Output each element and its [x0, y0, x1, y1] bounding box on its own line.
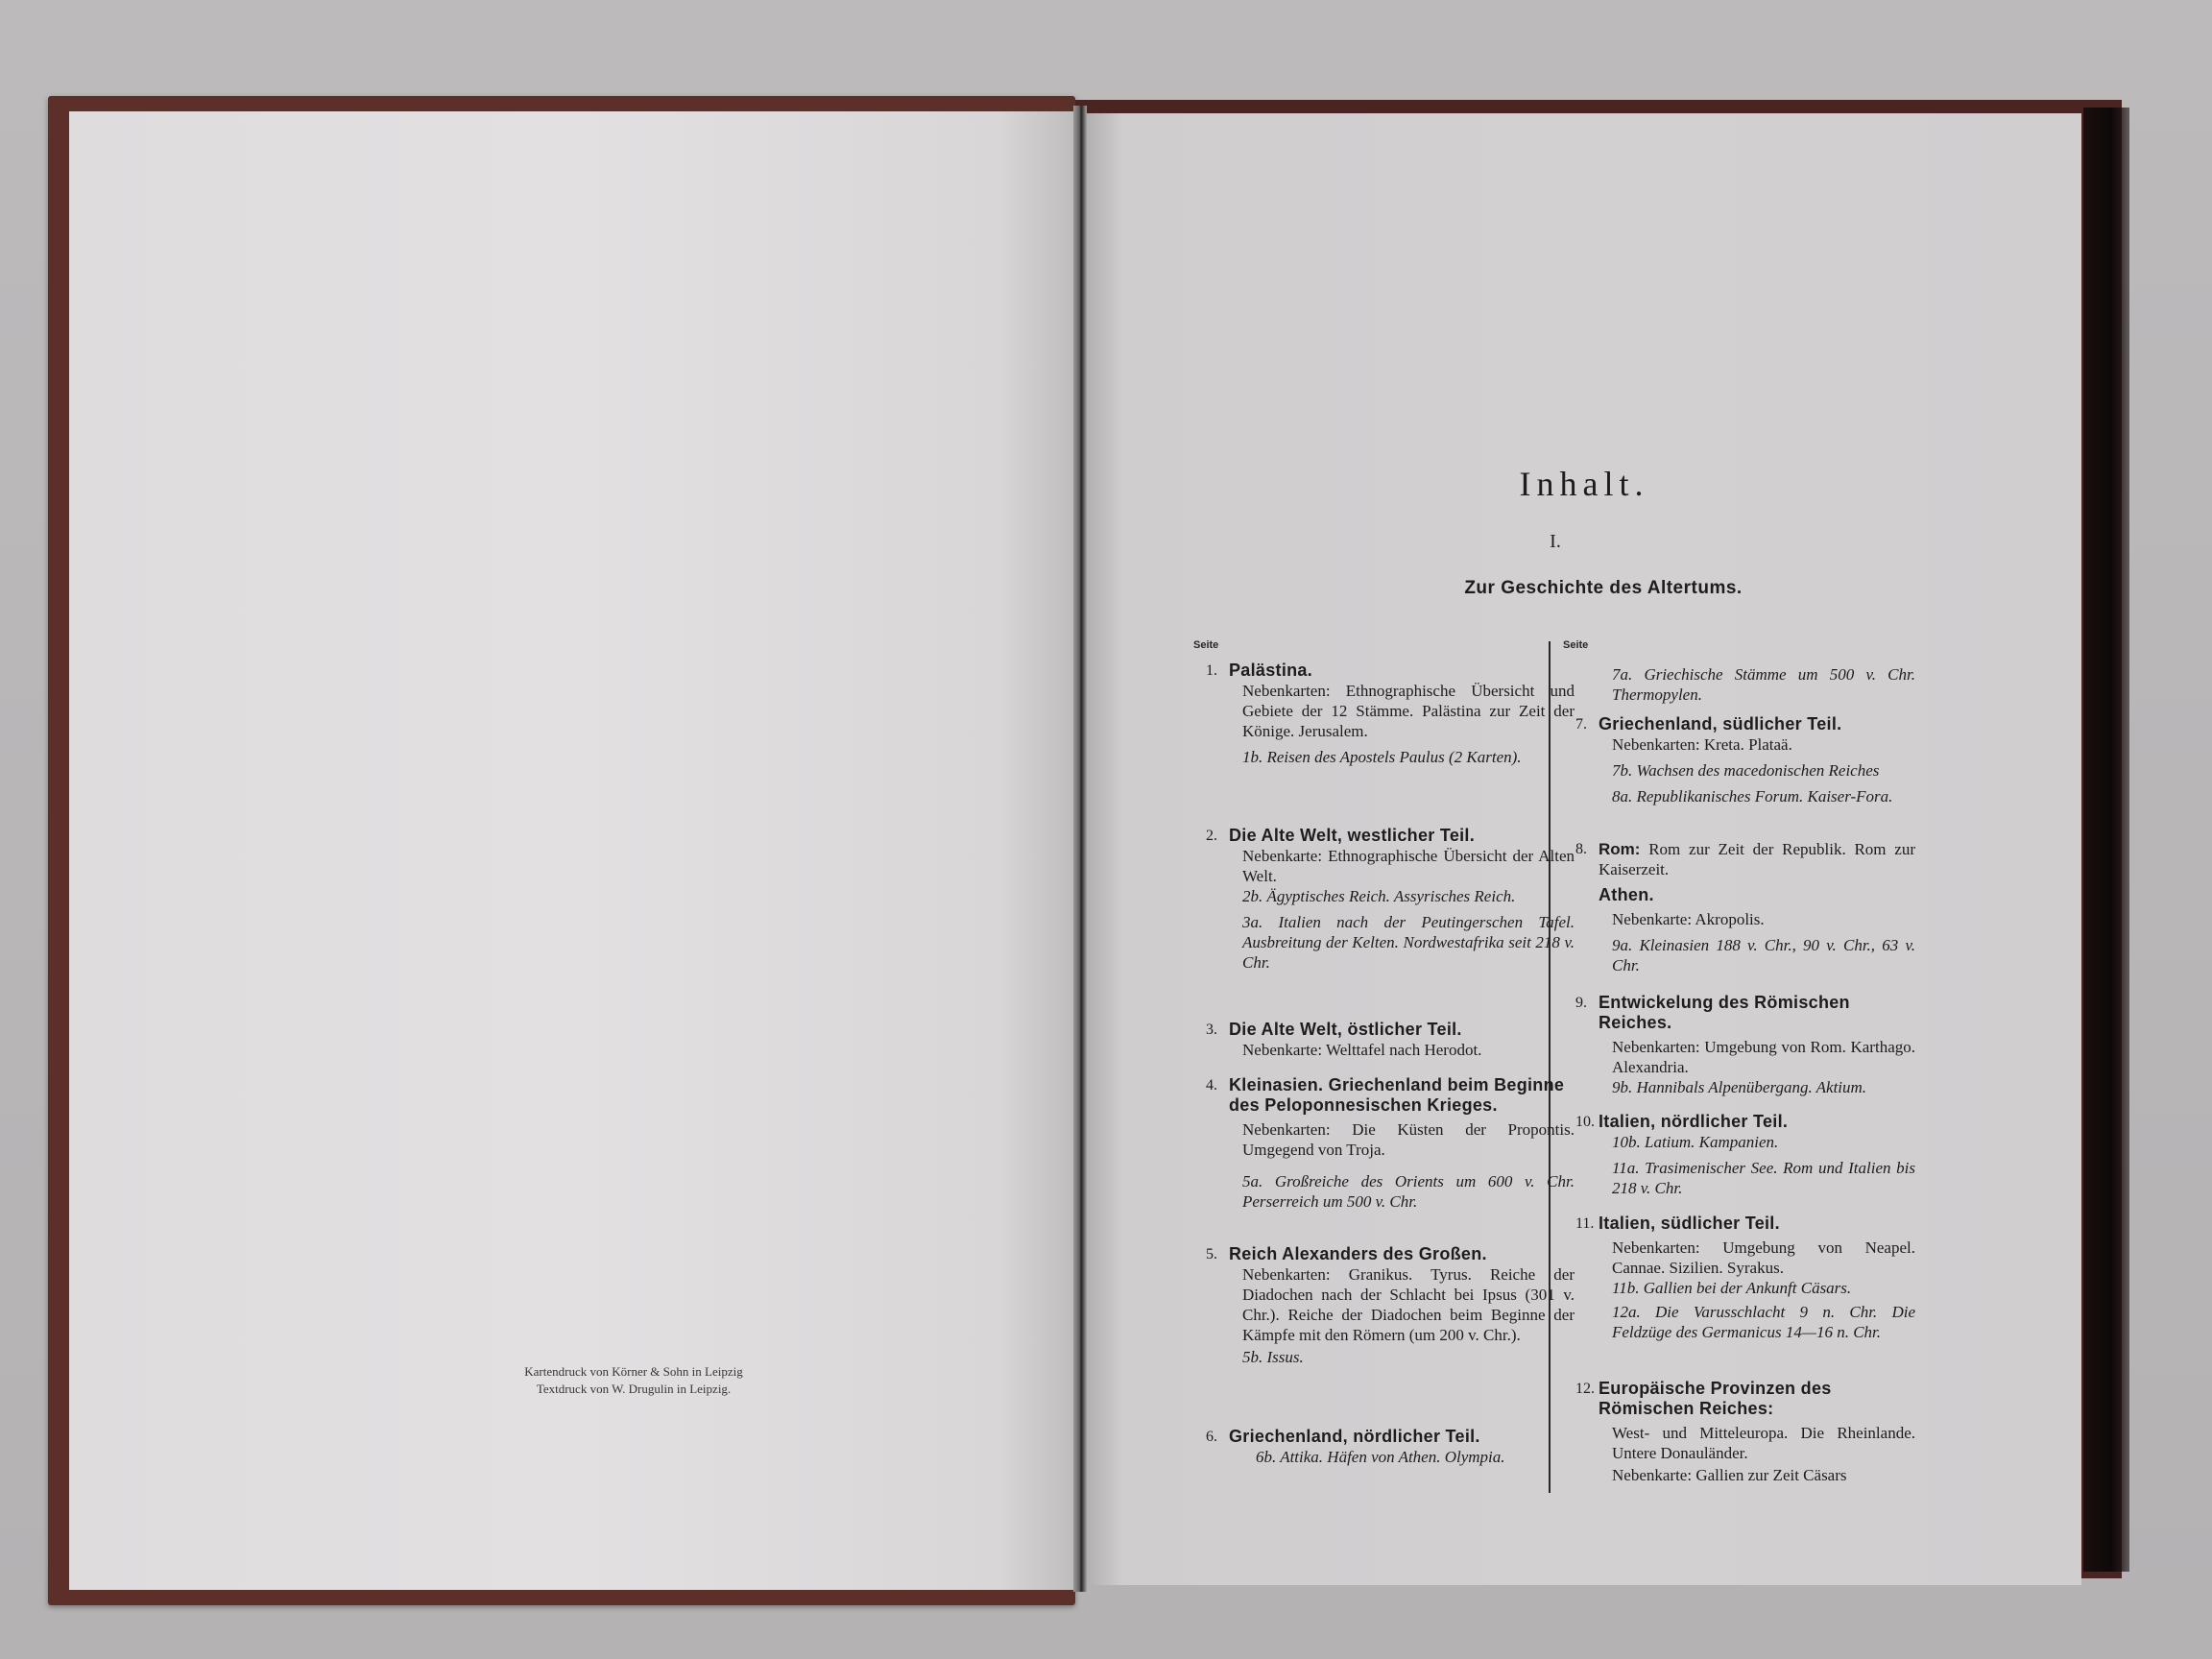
entry-number: 7.	[1575, 714, 1587, 734]
entry-heading: Kleinasien. Griechenland beim Beginne de…	[1229, 1075, 1575, 1116]
book-spine-shadow	[2083, 108, 2129, 1572]
entry-number: 9.	[1575, 993, 1587, 1013]
entry-heading: Die Alte Welt, östlicher Teil.	[1229, 1020, 1575, 1040]
entry-number: 2.	[1206, 826, 1217, 846]
entry-subtext: Nebenkarte: Gallien zur Zeit Cäsars	[1599, 1465, 1915, 1485]
entry-italic: 2b. Ägyptisches Reich. Assyrisches Reich…	[1229, 886, 1575, 906]
entry-number: 11.	[1575, 1214, 1594, 1234]
section-number: I.	[1517, 531, 1594, 553]
entry-heading: Reich Alexanders des Großen.	[1229, 1244, 1575, 1264]
entry-italic: 9a. Kleinasien 188 v. Chr., 90 v. Chr., …	[1599, 935, 1915, 975]
entry-subtext: Nebenkarte: Welttafel nach Herodot.	[1229, 1040, 1575, 1060]
toc-entry: 9. Entwickelung des Römischen Reiches. N…	[1599, 993, 1915, 1097]
entry-subtext: West- und Mitteleuropa. Die Rheinlande. …	[1599, 1423, 1915, 1463]
section-title: Zur Geschichte des Altertums.	[1363, 578, 1843, 599]
entry-italic: 11a. Trasimenischer See. Rom und Italien…	[1599, 1158, 1915, 1198]
imprint-line: Kartendruck von Körner & Sohn in Leipzig	[470, 1363, 797, 1381]
entry-heading: Entwickelung des Römischen Reiches.	[1599, 993, 1915, 1033]
toc-entry: 7. Griechenland, südlicher Teil. Nebenka…	[1599, 714, 1915, 806]
entry-subtext: Nebenkarten: Kreta. Plataä.	[1599, 734, 1915, 755]
printer-imprint: Kartendruck von Körner & Sohn in Leipzig…	[470, 1363, 797, 1398]
toc-entry: 12. Europäische Provinzen des Römischen …	[1599, 1379, 1915, 1485]
toc-entry: 2. Die Alte Welt, westlicher Teil. Neben…	[1229, 826, 1575, 973]
entry-subtext: Nebenkarte: Ethnographische Übersicht de…	[1229, 846, 1575, 886]
toc-entry: 11. Italien, südlicher Teil. Nebenkarten…	[1599, 1214, 1915, 1342]
entry-heading: Die Alte Welt, westlicher Teil.	[1229, 826, 1575, 846]
entry-subtext: Nebenkarten: Umgebung von Rom. Karthago.…	[1599, 1037, 1915, 1077]
entry-number: 6.	[1206, 1427, 1217, 1447]
entry-italic: 7b. Wachsen des macedonischen Reiches	[1599, 760, 1915, 781]
toc-entry: 3. Die Alte Welt, östlicher Teil. Nebenk…	[1229, 1020, 1575, 1060]
toc-entry: 5. Reich Alexanders des Großen. Nebenkar…	[1229, 1244, 1575, 1367]
entry-subtext: Nebenkarten: Umgebung von Neapel. Cannae…	[1599, 1238, 1915, 1278]
entry-italic: 12a. Die Varusschlacht 9 n. Chr. Die Fel…	[1599, 1302, 1915, 1342]
toc-entry: 7a. Griechische Stämme um 500 v. Chr. Th…	[1599, 664, 1915, 705]
entry-number: 10.	[1575, 1112, 1595, 1132]
entry-heading: Europäische Provinzen des Römischen Reic…	[1599, 1379, 1915, 1419]
entry-italic: 9b. Hannibals Alpenübergang. Aktium.	[1599, 1077, 1915, 1097]
entry-subtext: Nebenkarten: Granikus. Tyrus. Reiche der…	[1229, 1264, 1575, 1345]
entry-heading: Athen.	[1599, 885, 1915, 905]
entry-subtext: Nebenkarte: Akropolis.	[1599, 909, 1915, 929]
entry-italic: 1b. Reisen des Apostels Paulus (2 Karten…	[1229, 747, 1575, 767]
entry-heading-rest: Rom zur Zeit der Republik. Rom zur Kaise…	[1599, 840, 1915, 878]
entry-number: 5.	[1206, 1244, 1217, 1264]
entry-italic: 10b. Latium. Kampanien.	[1599, 1132, 1915, 1152]
entry-heading: Griechenland, nördlicher Teil.	[1229, 1427, 1575, 1447]
toc-entry: 4. Kleinasien. Griechenland beim Beginne…	[1229, 1075, 1575, 1212]
entry-subtext: Nebenkarten: Ethnographische Übersicht u…	[1229, 681, 1575, 741]
entry-italic: 7a. Griechische Stämme um 500 v. Chr. Th…	[1599, 664, 1915, 705]
page-title: Inhalt.	[1440, 464, 1728, 504]
entry-number: 8.	[1575, 839, 1587, 859]
toc-entry: 10. Italien, nördlicher Teil. 10b. Latiu…	[1599, 1112, 1915, 1198]
entry-number: 3.	[1206, 1020, 1217, 1040]
entry-number: 4.	[1206, 1075, 1217, 1095]
entry-heading: Rom:	[1599, 840, 1640, 858]
entry-italic: 6b. Attika. Häfen von Athen. Olympia.	[1229, 1447, 1575, 1467]
entry-italic: 11b. Gallien bei der Ankunft Cäsars.	[1599, 1278, 1915, 1298]
entry-subtext: Nebenkarten: Die Küsten der Propontis. U…	[1229, 1119, 1575, 1160]
column-header-right: Seite	[1563, 639, 1588, 651]
entry-heading: Italien, südlicher Teil.	[1599, 1214, 1915, 1234]
entry-number: 1.	[1206, 661, 1217, 681]
entry-heading: Griechenland, südlicher Teil.	[1599, 714, 1915, 734]
entry-heading: Palästina.	[1229, 661, 1575, 681]
entry-heading: Italien, nördlicher Teil.	[1599, 1112, 1915, 1132]
entry-number: 12.	[1575, 1379, 1595, 1399]
entry-italic: 5b. Issus.	[1229, 1347, 1575, 1367]
book-gutter	[1073, 106, 1087, 1592]
entry-italic: 5a. Großreiche des Orients um 600 v. Chr…	[1229, 1171, 1575, 1212]
toc-entry: 8. Rom: Rom zur Zeit der Republik. Rom z…	[1599, 839, 1915, 975]
entry-italic: 3a. Italien nach der Peutingerschen Tafe…	[1229, 912, 1575, 973]
toc-entry: 6. Griechenland, nördlicher Teil. 6b. At…	[1229, 1427, 1575, 1467]
imprint-line: Textdruck von W. Drugulin in Leipzig.	[470, 1381, 797, 1398]
column-header-left: Seite	[1193, 639, 1218, 651]
entry-italic: 8a. Republikanisches Forum. Kaiser-Fora.	[1599, 786, 1915, 806]
toc-entry: 1. Palästina. Nebenkarten: Ethnographisc…	[1229, 661, 1575, 767]
